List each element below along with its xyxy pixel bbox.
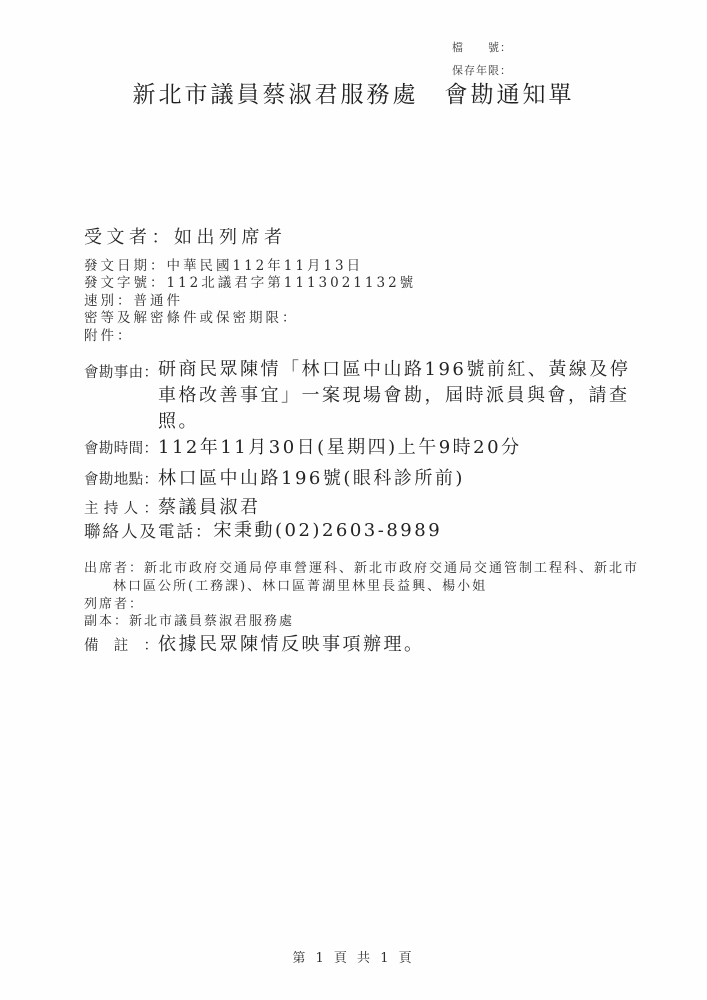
file-number-label: 檔 號： xyxy=(452,36,512,59)
meta-block: 發文日期：中華民國112年11月13日 發文字號：112北議君字第1113021… xyxy=(84,258,416,345)
observers-label: 列席者： xyxy=(84,597,144,612)
subject-line: 照。 xyxy=(158,409,630,435)
issue-date-line: 發文日期：中華民國112年11月13日 xyxy=(84,258,416,275)
remarks-label: 備註： xyxy=(84,634,158,655)
location-field: 會勘地點： 林口區中山路196號(眼科診所前) xyxy=(84,464,465,490)
time-value: 112年11月30日(星期四)上午9時20分 xyxy=(158,433,522,459)
recipient-label: 受文者： xyxy=(84,227,174,248)
meta-label: 速別： xyxy=(84,293,134,309)
meta-label: 發文日期： xyxy=(84,258,167,274)
attendees-line-2: 林口區公所(工務課)、林口區菁湖里林里長益興、楊小姐 xyxy=(113,578,639,596)
meta-value: 中華民國112年11月13日 xyxy=(167,258,364,274)
recipient-value: 如出列席者 xyxy=(174,227,287,248)
recipient-line: 受文者：如出列席者 xyxy=(84,223,287,249)
host-label: 主持人： xyxy=(84,497,158,518)
meta-value: 112北議君字第1113021132號 xyxy=(167,275,417,291)
meta-label: 附件： xyxy=(84,328,134,344)
doc-number-line: 發文字號：112北議君字第1113021132號 xyxy=(84,275,416,292)
observers-field: 列席者： xyxy=(84,596,144,614)
cc-field: 副本：新北市議員蔡淑君服務處 xyxy=(84,613,294,631)
subject-content: 研商民眾陳情「林口區中山路196號前紅、黃線及停 車格改善事宜」一案現場會勘，屆… xyxy=(158,357,630,435)
subject-line: 研商民眾陳情「林口區中山路196號前紅、黃線及停 xyxy=(158,357,630,383)
attendees-value: 新北市政府交通局停車營運科、新北市政府交通局交通管制工程科、新北市 xyxy=(144,561,639,576)
meta-label: 發文字號： xyxy=(84,275,167,291)
location-label: 會勘地點： xyxy=(84,468,158,489)
attachment-line: 附件： xyxy=(84,328,416,345)
remarks-field: 備註： 依據民眾陳情反映事項辦理。 xyxy=(84,630,425,656)
priority-line: 速別：普通件 xyxy=(84,293,416,310)
remarks-value: 依據民眾陳情反映事項辦理。 xyxy=(158,630,425,656)
document-page: 檔 號： 保存年限： 新北市議員蔡淑君服務處 會勘通知單 受文者：如出列席者 發… xyxy=(0,0,707,1000)
attendees-line-1: 出席者：新北市政府交通局停車營運科、新北市政府交通局交通管制工程科、新北市 xyxy=(84,560,639,578)
page-footer: 第 1 頁 共 1 頁 xyxy=(0,947,707,966)
meta-value: 普通件 xyxy=(134,293,184,309)
cc-value: 新北市議員蔡淑君服務處 xyxy=(129,614,294,629)
contact-value: 宋秉動(02)2603-8989 xyxy=(214,516,443,542)
subject-label: 會勘事由： xyxy=(84,361,158,382)
classification-line: 密等及解密條件或保密期限： xyxy=(84,310,416,327)
contact-field: 聯絡人及電話： 宋秉動(02)2603-8989 xyxy=(84,516,442,542)
cc-label: 副本： xyxy=(84,614,129,629)
location-value: 林口區中山路196號(眼科診所前) xyxy=(158,464,465,490)
time-label: 會勘時間： xyxy=(84,437,158,458)
subject-field: 會勘事由： 研商民眾陳情「林口區中山路196號前紅、黃線及停 車格改善事宜」一案… xyxy=(84,357,630,435)
meta-label: 密等及解密條件或保密期限： xyxy=(84,310,299,326)
subject-line: 車格改善事宜」一案現場會勘，屆時派員與會，請查 xyxy=(158,383,630,409)
document-title: 新北市議員蔡淑君服務處 會勘通知單 xyxy=(0,76,707,109)
contact-label: 聯絡人及電話： xyxy=(84,518,214,542)
attendees-field: 出席者：新北市政府交通局停車營運科、新北市政府交通局交通管制工程科、新北市 林口… xyxy=(84,560,639,595)
time-field: 會勘時間： 112年11月30日(星期四)上午9時20分 xyxy=(84,433,522,459)
attendees-label: 出席者： xyxy=(84,561,144,576)
